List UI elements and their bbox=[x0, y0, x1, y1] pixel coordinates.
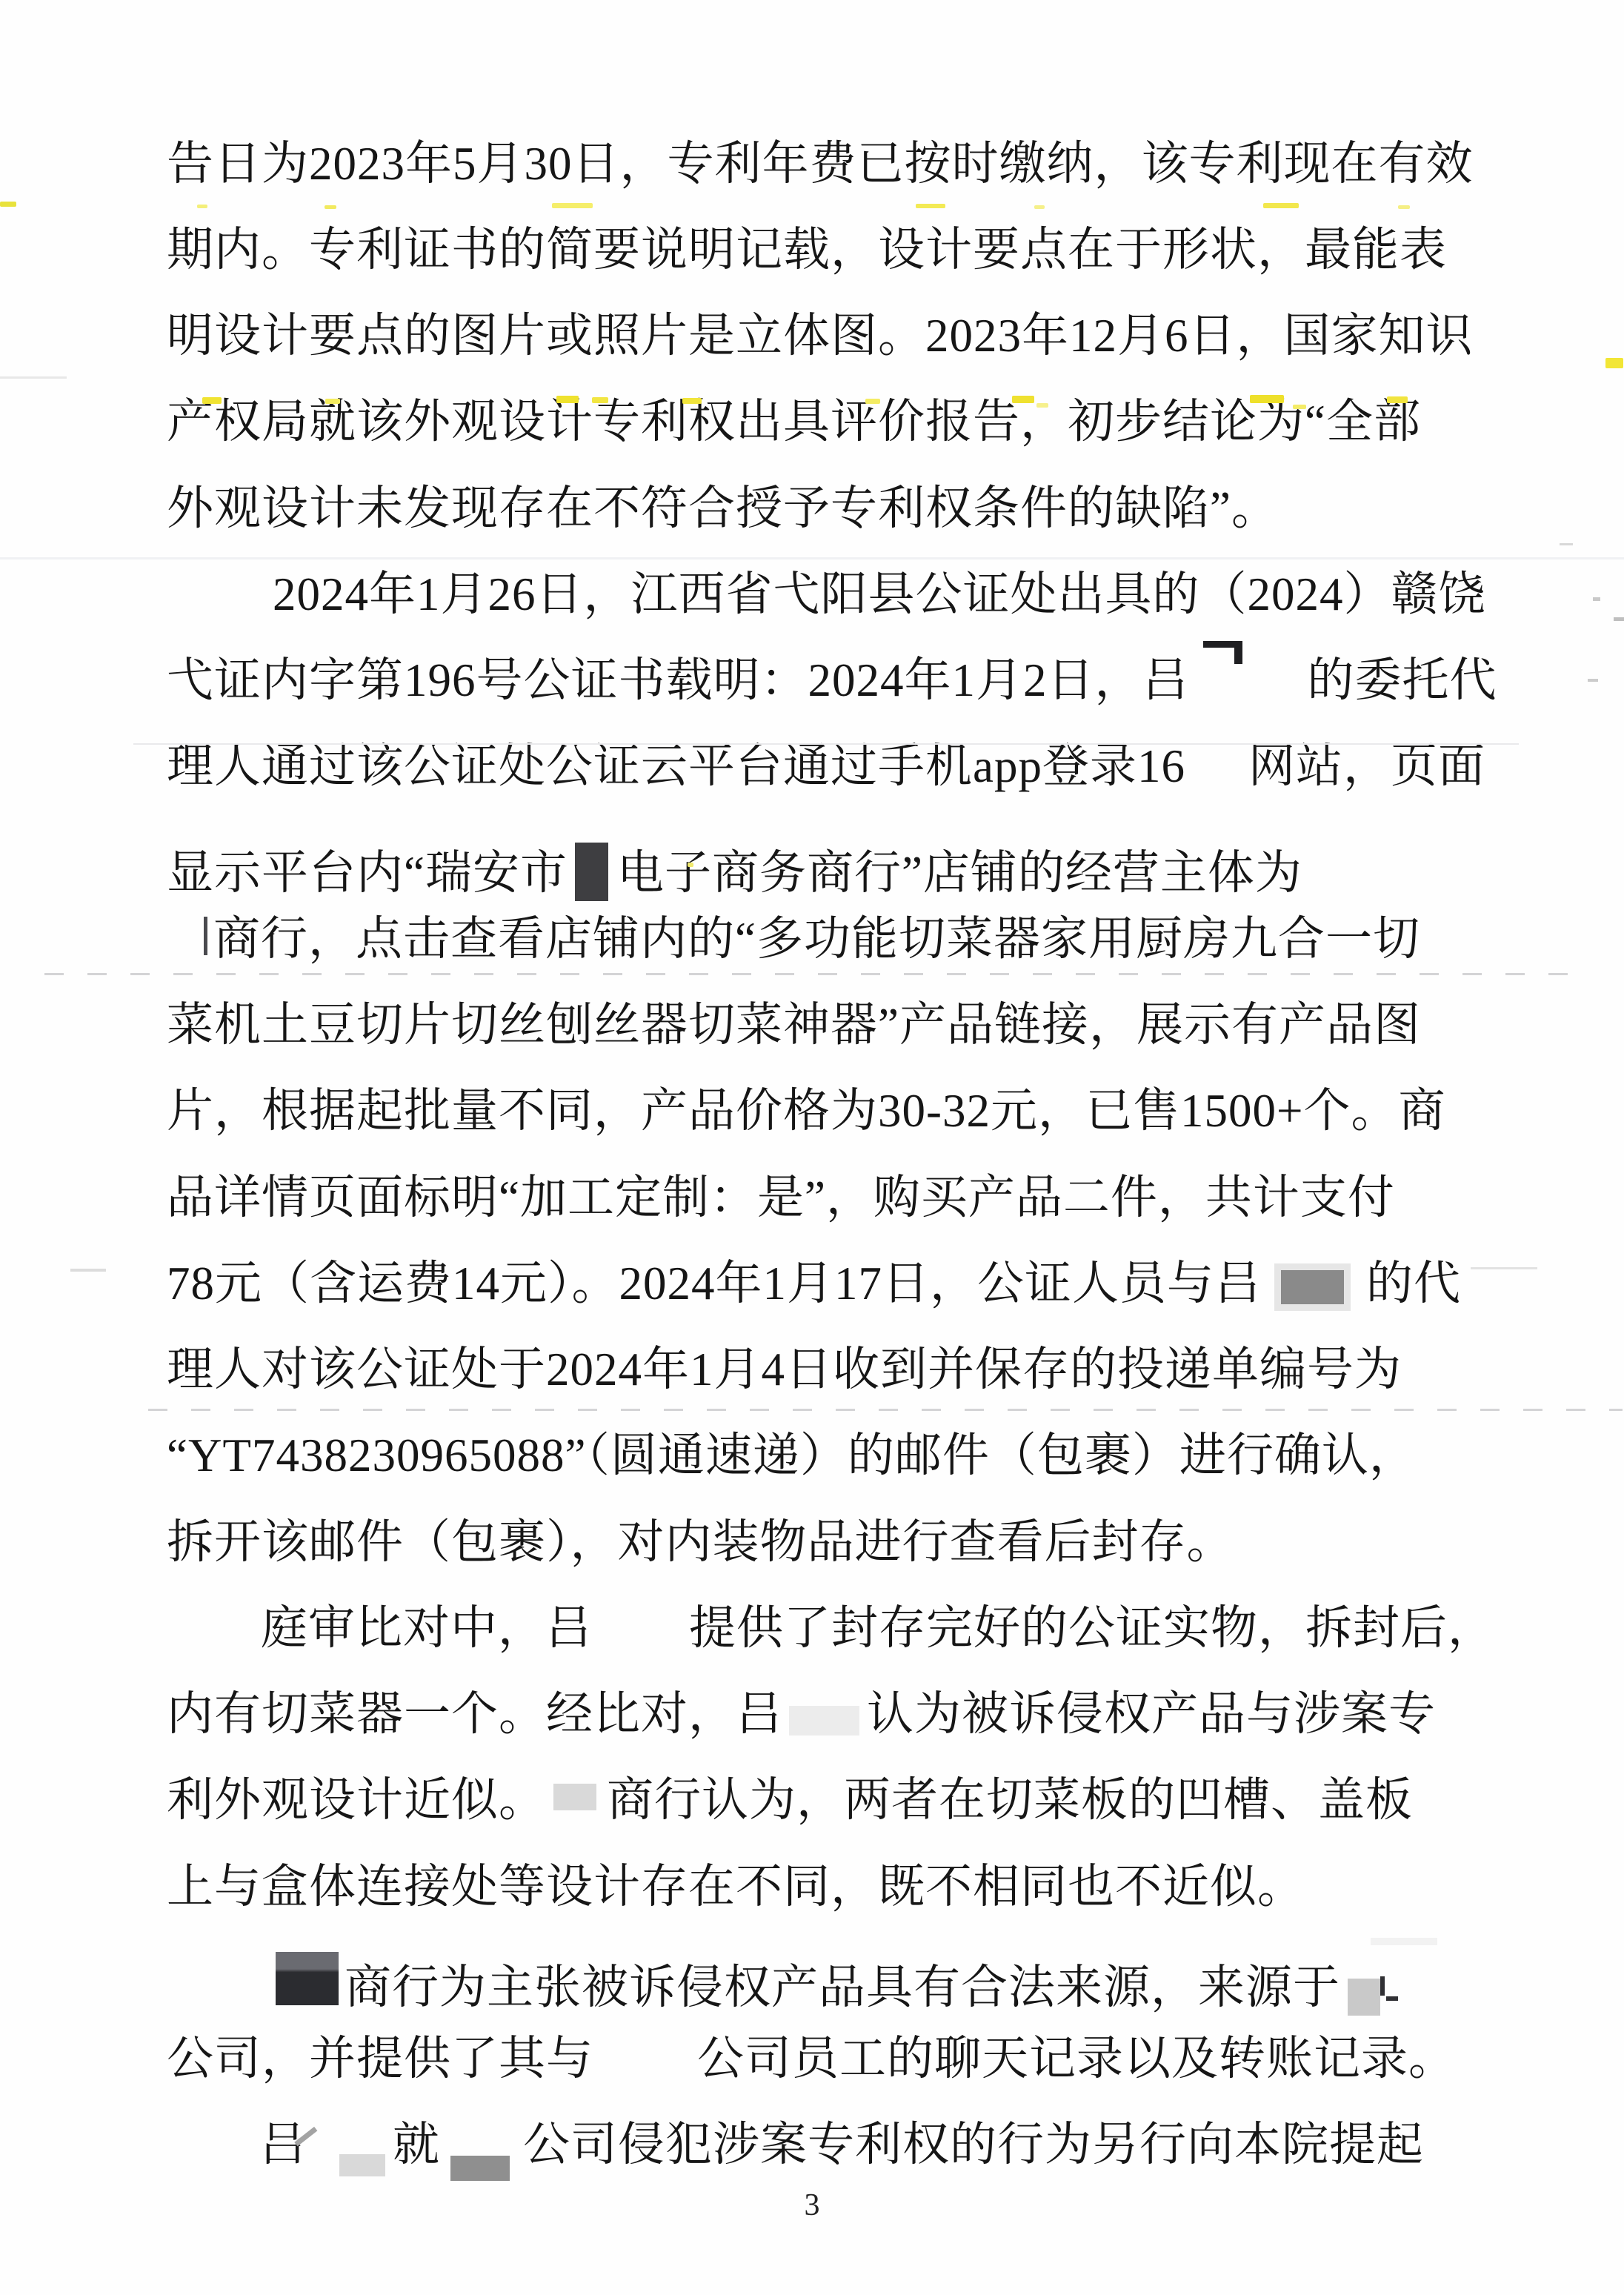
redacted-blank bbox=[1242, 691, 1308, 696]
text-line: 菜机土豆切片切丝刨丝器切菜神器”产品链接，展示有产品图 bbox=[167, 1002, 1421, 1049]
redacted-blank bbox=[593, 2070, 697, 2074]
text-run: 的代 bbox=[1366, 1258, 1461, 1309]
text-run: 78元（含运费14元）。2024年1月17日，公证人员与吕 bbox=[167, 1258, 1262, 1309]
text-run: 认为被诉侵权产品与涉案专 bbox=[867, 1688, 1436, 1740]
text-line: 弋证内字第196号公证书载明：2024年1月2日，吕的委托代 bbox=[167, 657, 1497, 704]
redacted-blank bbox=[339, 1999, 345, 2003]
redacted-blank bbox=[440, 2156, 450, 2160]
text-run: 就 bbox=[393, 2119, 440, 2171]
text-run: 电子商务商行”店铺的经营主体为 bbox=[617, 847, 1302, 899]
faint-redaction-box bbox=[553, 1784, 596, 1810]
text-line: 上与盒体连接处等设计存在不同，既不相同也不近似。 bbox=[167, 1864, 1305, 1910]
redaction-corner-mark bbox=[1203, 641, 1242, 664]
text-line: 产权局就该外观设计专利权出具评价报告，初步结论为“全部 bbox=[167, 399, 1421, 445]
faint-redaction-box bbox=[339, 2154, 385, 2176]
scan-artifact bbox=[0, 376, 67, 379]
black-redaction-bar bbox=[575, 843, 608, 901]
text-run: 拆开该邮件（包裹），对内装物品进行查看后封存。 bbox=[167, 1516, 1234, 1568]
scan-artifact bbox=[1593, 597, 1600, 601]
text-line: 品详情页面标明“加工定制：是”，购买产品二件，共计支付 bbox=[167, 1175, 1395, 1221]
text-run: 告日为2023年5月30日，专利年费已按时缴纳，该专利现在有效 bbox=[167, 138, 1474, 190]
text-run: 商行为主张被诉侵权产品具有合法来源，来源于 bbox=[345, 1962, 1340, 2013]
text-run: 期内。专利证书的简要说明记载，设计要点在于形状，最能表 bbox=[167, 224, 1447, 276]
text-line: “YT7438230965088”（圆通速递）的邮件（包裹）进行确认， bbox=[167, 1432, 1417, 1479]
highlight-mark bbox=[688, 863, 693, 867]
text-run: 菜机土豆切片切丝刨丝器切菜神器”产品链接，展示有产品图 bbox=[167, 999, 1421, 1051]
scan-artifact bbox=[70, 1269, 106, 1272]
highlight-mark bbox=[916, 204, 945, 208]
text-line: 理人对该公证处于2024年1月4日收到并保存的投递单编号为 bbox=[167, 1346, 1402, 1393]
text-run: 的委托代 bbox=[1308, 654, 1497, 706]
highlight-mark bbox=[325, 205, 336, 209]
redacted-blank bbox=[546, 1811, 553, 1816]
partial-character-remnant bbox=[1386, 1996, 1398, 2001]
text-run: 网站，页面 bbox=[1248, 740, 1485, 792]
text-line: 外观设计未发现存在不符合授予专利权条件的缺陷”。 bbox=[167, 485, 1279, 532]
black-redaction-box bbox=[276, 1952, 339, 2005]
text-run: 利外观设计近似。 bbox=[167, 1774, 546, 1826]
gray-redaction-box bbox=[450, 2156, 510, 2181]
redacted-blank bbox=[608, 884, 617, 889]
text-line: 期内。专利证书的简要说明记载，设计要点在于形状，最能表 bbox=[167, 227, 1447, 273]
text-line: 商行，点击查看店铺内的“多功能切菜器家用厨房九合一切 bbox=[204, 916, 1420, 963]
redacted-blank bbox=[1185, 777, 1248, 782]
highlight-mark bbox=[325, 399, 340, 404]
scan-artifact bbox=[1614, 617, 1624, 621]
text-run: 庭审比对中，吕 bbox=[261, 1602, 593, 1654]
text-run: 外观设计未发现存在不符合授予专利权条件的缺陷”。 bbox=[167, 482, 1279, 534]
highlight-mark bbox=[1034, 205, 1045, 209]
redacted-blank bbox=[568, 884, 575, 889]
redacted-blank bbox=[859, 1725, 867, 1730]
scan-artifact bbox=[1471, 1267, 1537, 1269]
highlight-mark bbox=[202, 397, 222, 404]
redacted-blank bbox=[1262, 1295, 1281, 1299]
redacted-blank bbox=[207, 950, 213, 954]
text-run: 内有切菜器一个。经比对，吕 bbox=[167, 1688, 783, 1740]
document-page: 3 告日为2023年5月30日，专利年费已按时缴纳，该专利现在有效期内。专利证书… bbox=[0, 0, 1624, 2295]
text-line: 理人通过该公证处公证云平台通过手机app登录16网站，页面 bbox=[167, 743, 1485, 790]
redacted-blank bbox=[385, 2156, 393, 2160]
text-run: 2024年1月26日，江西省弋阳县公证处出具的（2024）赣饶 bbox=[273, 568, 1486, 620]
redacted-blank bbox=[307, 2156, 310, 2160]
scan-artifact bbox=[0, 557, 1624, 559]
highlight-mark bbox=[552, 203, 593, 208]
redacted-blank bbox=[1344, 1295, 1366, 1299]
redacted-blank bbox=[593, 1639, 689, 1644]
text-line: 利外观设计近似。商行认为，两者在切菜板的凹槽、盖板 bbox=[167, 1777, 1413, 1824]
highlight-mark bbox=[1398, 205, 1410, 209]
highlight-mark bbox=[0, 202, 16, 207]
highlight-mark bbox=[556, 396, 579, 403]
redacted-blank bbox=[510, 2156, 523, 2160]
highlight-mark bbox=[1263, 203, 1299, 208]
text-run: 产权局就该外观设计专利权出具评价报告，初步结论为“全部 bbox=[167, 396, 1421, 448]
scan-artifact bbox=[1588, 679, 1598, 682]
text-line: 明设计要点的图片或照片是立体图。2023年12月6日，国家知识 bbox=[167, 313, 1474, 359]
text-run: 公司员工的聊天记录以及转账记录。 bbox=[697, 2033, 1456, 2085]
text-line: 告日为2023年5月30日，专利年费已按时缴纳，该专利现在有效 bbox=[167, 141, 1474, 187]
scan-artifact bbox=[1560, 543, 1573, 545]
text-run: 理人对该公证处于2024年1月4日收到并保存的投递单编号为 bbox=[167, 1344, 1402, 1395]
redacted-blank bbox=[1340, 1999, 1348, 2003]
highlight-mark bbox=[865, 399, 880, 404]
scan-artifact bbox=[44, 973, 1571, 975]
text-line: 2024年1月26日，江西省弋阳县公证处出具的（2024）赣饶 bbox=[273, 571, 1486, 618]
text-run: 明设计要点的图片或照片是立体图。2023年12月6日，国家知识 bbox=[167, 310, 1474, 362]
text-run: 商行认为，两者在切菜板的凹槽、盖板 bbox=[607, 1774, 1413, 1826]
highlight-mark bbox=[1293, 405, 1306, 409]
redacted-blank bbox=[783, 1725, 789, 1730]
text-line: 显示平台内“瑞安市电子商务商行”店铺的经营主体为 bbox=[167, 830, 1302, 897]
highlight-mark bbox=[1250, 395, 1284, 403]
redacted-blank bbox=[596, 1811, 607, 1816]
text-run: “YT7438230965088”（圆通速递）的邮件（包裹）进行确认， bbox=[167, 1429, 1417, 1481]
text-run: 品详情页面标明“加工定制：是”，购买产品二件，共计支付 bbox=[167, 1172, 1395, 1223]
text-line: 拆开该邮件（包裹），对内装物品进行查看后封存。 bbox=[167, 1519, 1234, 1566]
page-number: 3 bbox=[0, 2188, 1624, 2223]
highlight-mark bbox=[682, 398, 702, 404]
text-run: 弋证内字第196号公证书载明：2024年1月2日，吕 bbox=[167, 654, 1190, 706]
text-run: 上与盒体连接处等设计存在不同，既不相同也不近似。 bbox=[167, 1861, 1305, 1913]
scan-artifact bbox=[148, 1409, 1623, 1411]
text-line: 78元（含运费14元）。2024年1月17日，公证人员与吕的代 bbox=[167, 1261, 1461, 1307]
faint-redaction-box bbox=[789, 1706, 859, 1736]
blurred-redaction-patch bbox=[1348, 1979, 1380, 2016]
text-line: 公司，并提供了其与公司员工的聊天记录以及转账记录。 bbox=[167, 2036, 1456, 2082]
highlight-mark bbox=[1036, 403, 1048, 408]
scan-artifact bbox=[1371, 1938, 1437, 1945]
highlight-mark bbox=[1387, 396, 1408, 403]
scan-artifact bbox=[133, 743, 1519, 745]
highlight-mark bbox=[197, 205, 207, 208]
text-run: 显示平台内“瑞安市 bbox=[167, 847, 568, 899]
partial-character-remnant bbox=[1380, 1976, 1385, 1996]
highlight-mark bbox=[1012, 396, 1034, 403]
text-line: 片，根据起批量不同，产品价格为30-32元，已售1500+个。商 bbox=[167, 1088, 1446, 1135]
text-line: 吕就公司侵犯涉案专利权的行为另行向本院提起 bbox=[259, 2122, 1424, 2168]
text-line: 庭审比对中，吕提供了封存完好的公证实物，拆封后， bbox=[261, 1605, 1495, 1652]
text-run: 公司，并提供了其与 bbox=[167, 2033, 593, 2085]
text-line: 内有切菜器一个。经比对，吕认为被诉侵权产品与涉案专 bbox=[167, 1691, 1436, 1738]
text-run: 片，根据起批量不同，产品价格为30-32元，已售1500+个。商 bbox=[167, 1085, 1446, 1137]
text-run: 提供了封存完好的公证实物，拆封后， bbox=[689, 1602, 1495, 1654]
text-run: 理人通过该公证处公证云平台通过手机app登录16 bbox=[167, 740, 1185, 792]
redacted-blank bbox=[1190, 691, 1203, 696]
highlight-mark bbox=[1605, 358, 1623, 368]
gray-redaction-box bbox=[1281, 1270, 1344, 1304]
text-run: 公司侵犯涉案专利权的行为另行向本院提起 bbox=[523, 2119, 1424, 2171]
text-line: 商行为主张被诉侵权产品具有合法来源，来源于 bbox=[276, 1950, 1398, 2011]
highlight-mark bbox=[592, 397, 608, 403]
partial-character-remnant bbox=[204, 917, 207, 955]
text-run: 商行，点击查看店铺内的“多功能切菜器家用厨房九合一切 bbox=[213, 913, 1420, 965]
